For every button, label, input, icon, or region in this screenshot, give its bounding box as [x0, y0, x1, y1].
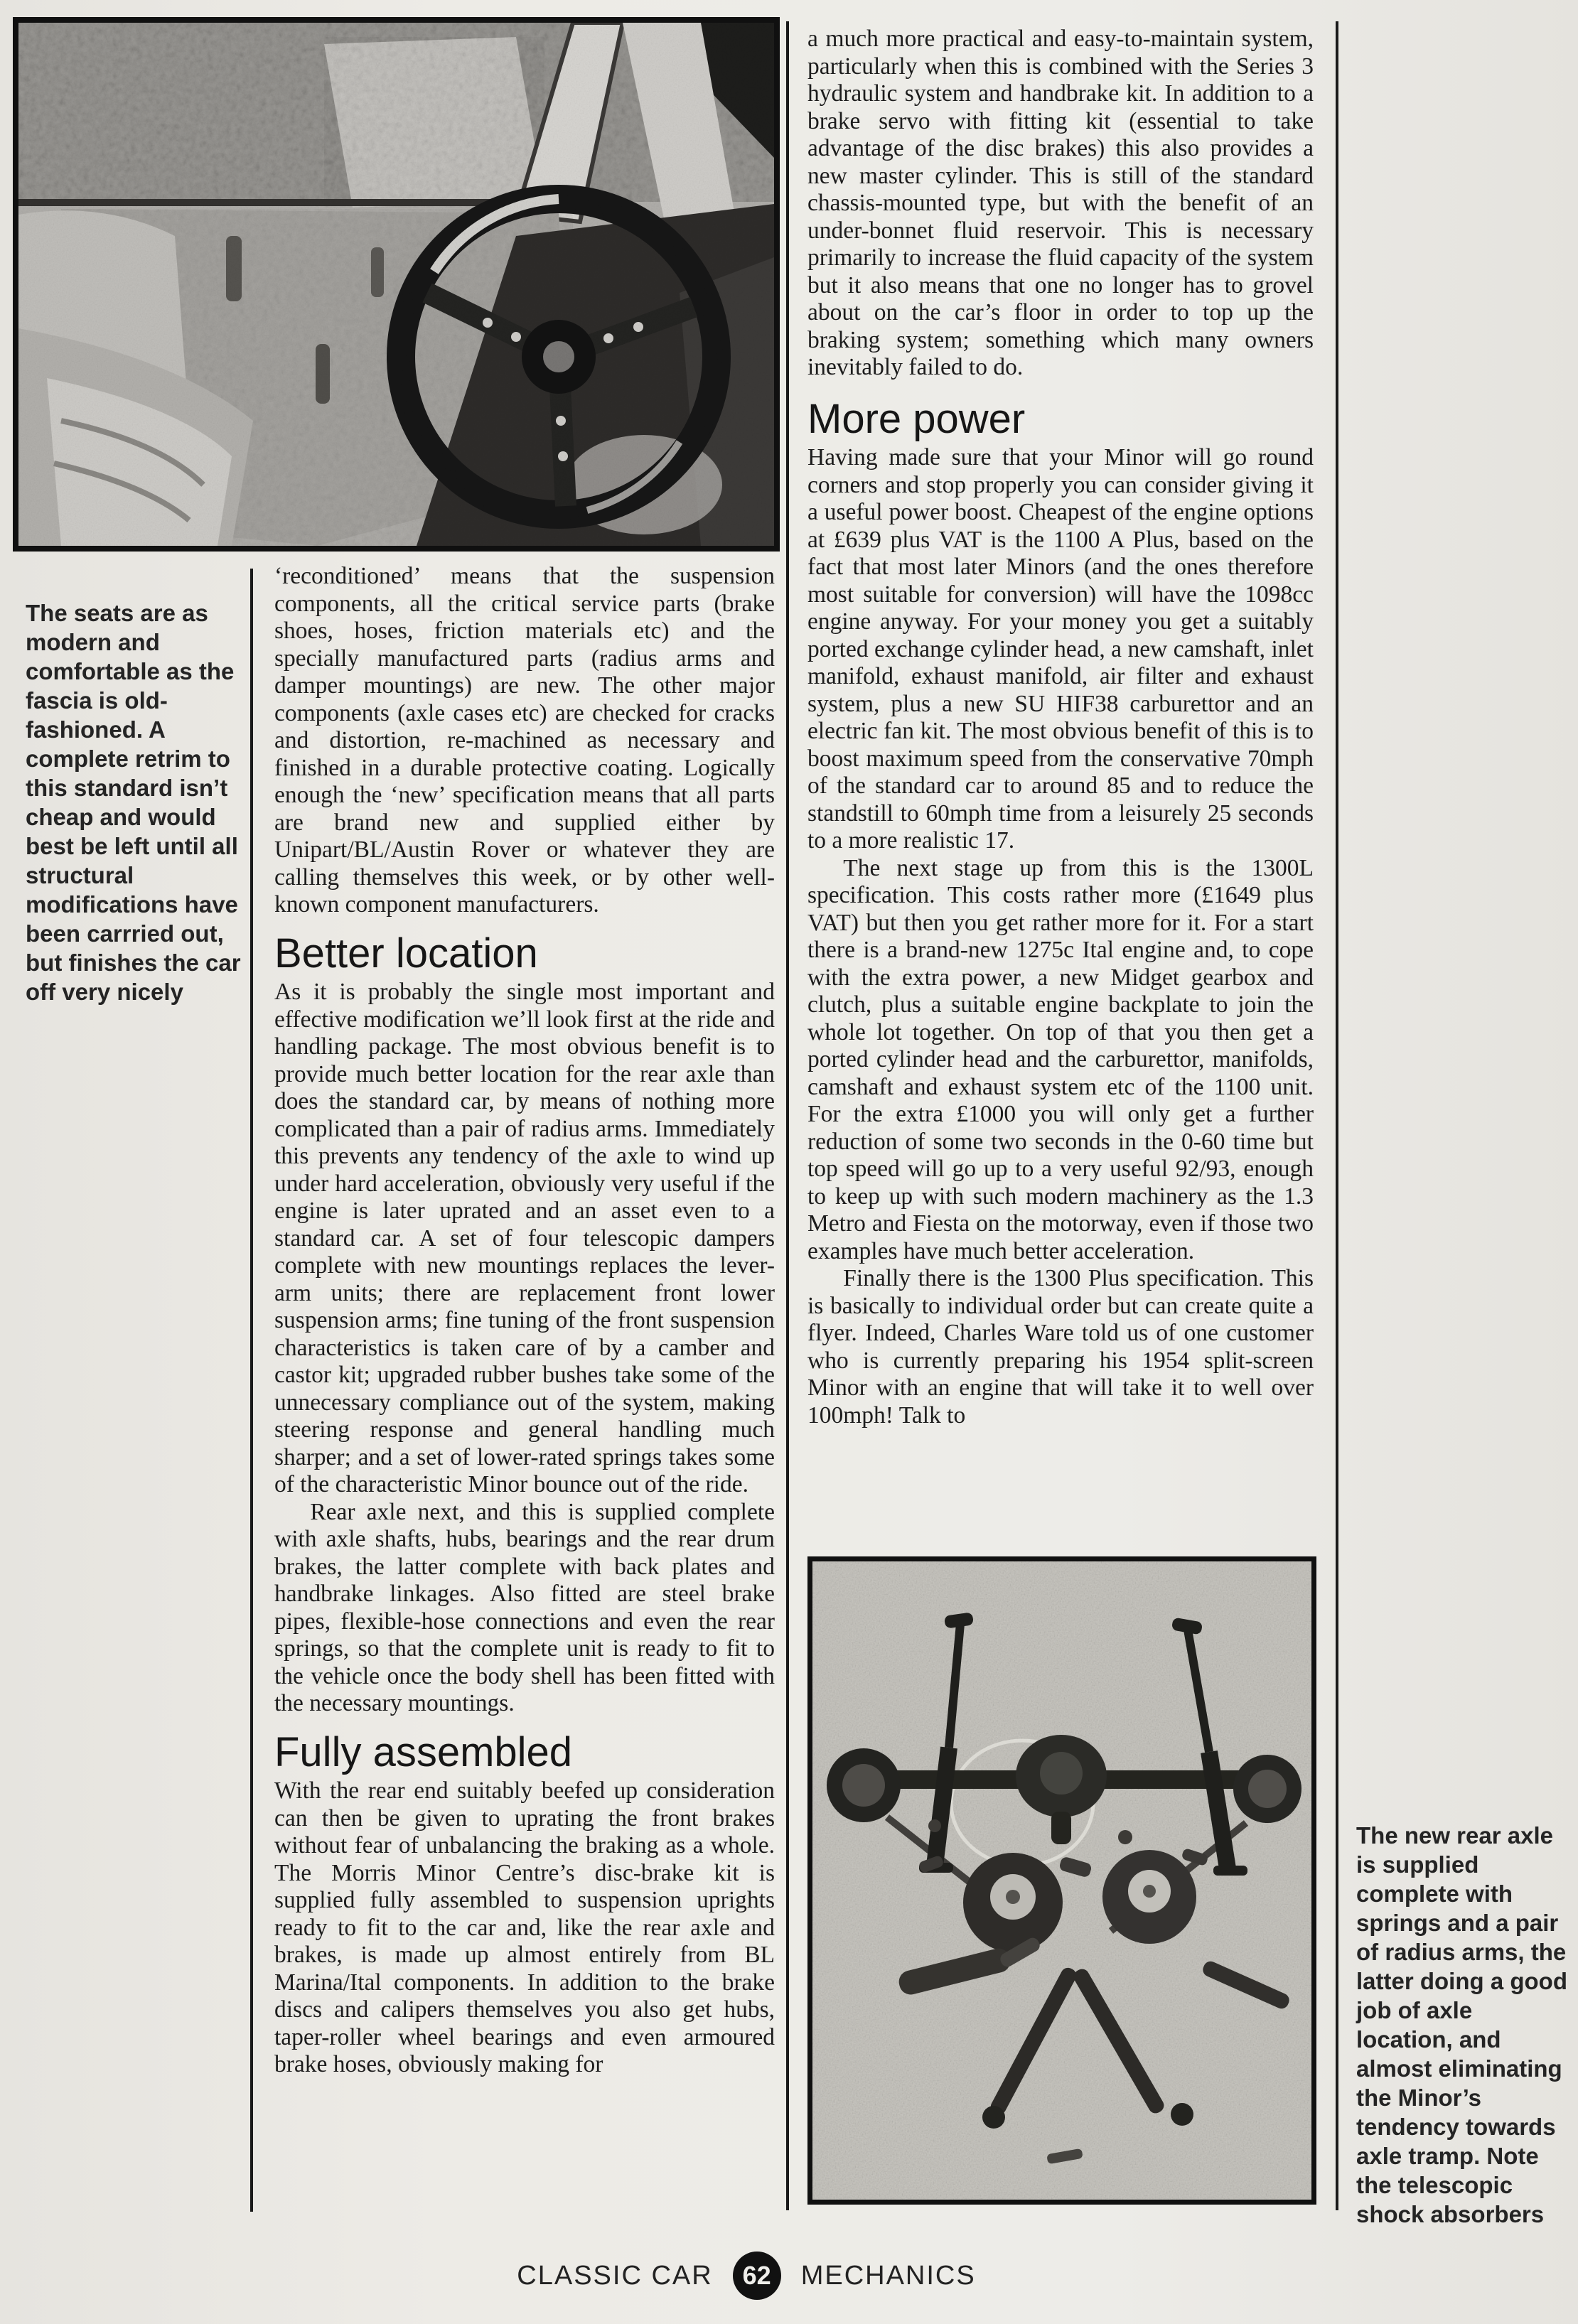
- paragraph-hydraulic-system: a much more practical and easy-to-mainta…: [807, 26, 1314, 382]
- middle-column: ‘reconditioned’ means that the suspensio…: [274, 563, 775, 2079]
- paragraph-1100-a-plus: Having made sure that your Minor will go…: [807, 444, 1314, 855]
- column-rule-left: [250, 569, 253, 2212]
- page-footer: CLASSIC CAR 62 MECHANICS: [0, 2252, 1493, 2300]
- paragraph-ride-handling: As it is probably the single most import…: [274, 979, 775, 1499]
- interior-photo-art: [18, 23, 774, 546]
- rear-axle-photo-caption: The new rear axle is supplied complete w…: [1356, 1821, 1571, 2229]
- rear-axle-photo: [807, 1556, 1316, 2205]
- rear-axle-photo-art: [812, 1561, 1311, 2200]
- interior-photo-caption: The seats are as modern and comfortable …: [26, 598, 252, 1006]
- right-column: a much more practical and easy-to-mainta…: [807, 26, 1314, 1429]
- footer-magazine-name-left: CLASSIC CAR: [517, 2261, 712, 2291]
- paragraph-1300l: The next stage up from this is the 1300L…: [807, 855, 1314, 1266]
- column-rule-right: [1336, 21, 1338, 2210]
- heading-better-location: Better location: [274, 940, 775, 968]
- column-rule-middle: [786, 21, 789, 2210]
- footer-magazine-name-right: MECHANICS: [801, 2261, 976, 2291]
- page-number-badge: 62: [733, 2252, 781, 2300]
- heading-fully-assembled: Fully assembled: [274, 1739, 775, 1767]
- heading-more-power: More power: [807, 406, 1314, 434]
- paragraph-disc-brake-kit: With the rear end suitably beefed up con…: [274, 1777, 775, 2079]
- magazine-page: The seats are as modern and comfortable …: [0, 0, 1578, 2324]
- paragraph-1300-plus: Finally there is the 1300 Plus specifica…: [807, 1265, 1314, 1429]
- interior-photo: [13, 17, 780, 552]
- paragraph-reconditioned: ‘reconditioned’ means that the suspensio…: [274, 563, 775, 919]
- paragraph-rear-axle: Rear axle next, and this is supplied com…: [274, 1499, 775, 1718]
